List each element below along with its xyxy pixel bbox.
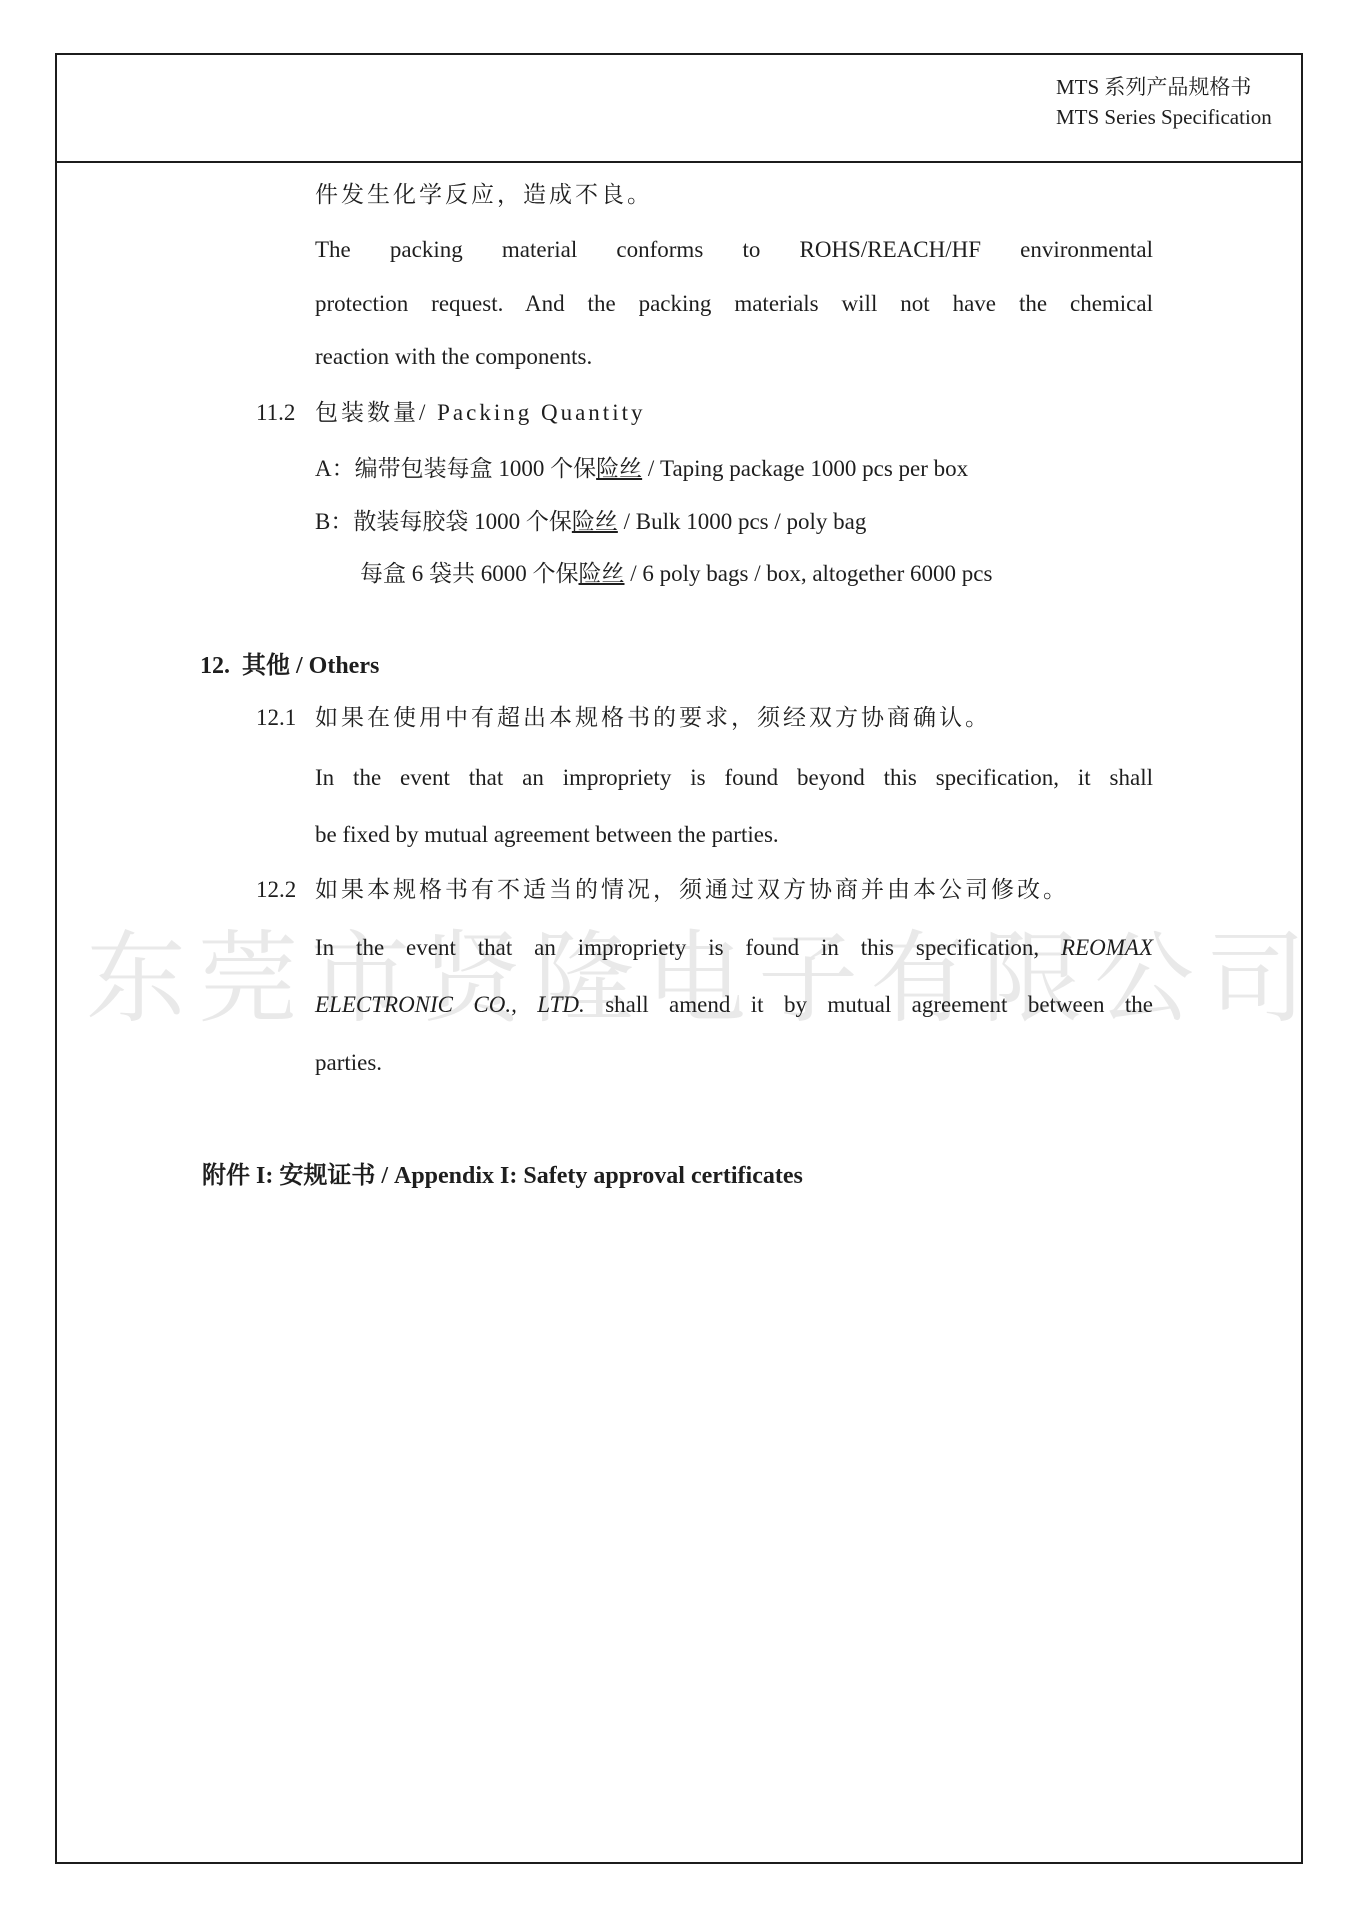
- section-12-1-line: 12.1如果在使用中有超出本规格书的要求，须经双方协商确认。: [256, 703, 991, 733]
- section-12-1-en-line1: In the event that an impropriety is foun…: [315, 763, 1153, 793]
- section-12-2-number: 12.2: [256, 875, 315, 905]
- section-12-2-en-line1-normal: In the event that an impropriety is foun…: [315, 935, 1061, 960]
- packing-item-b-pre: B：散装每胶袋 1000 个保: [315, 509, 572, 534]
- section-12-2-zh: 如果本规格书有不适当的情况，须通过双方协商并由本公司修改。: [315, 877, 1069, 902]
- section-12-title: 其他 / Others: [242, 653, 379, 679]
- section-12-2-en-line2-italic: ELECTRONIC CO., LTD.: [315, 992, 585, 1017]
- document-header: MTS 系列产品规格书 MTS Series Specification: [1056, 72, 1272, 132]
- packing-item-a: A：编带包装每盒 1000 个保险丝 / Taping package 1000…: [315, 454, 968, 484]
- packing-item-a-post: / Taping package 1000 pcs per box: [642, 456, 968, 481]
- header-title-en: MTS Series Specification: [1056, 102, 1272, 132]
- section-12-2-en-line2-normal: shall amend it by mutual agreement betwe…: [585, 992, 1153, 1017]
- header-divider-line: [55, 161, 1303, 163]
- packing-item-b: B：散装每胶袋 1000 个保险丝 / Bulk 1000 pcs / poly…: [315, 507, 866, 537]
- packing-item-b2-underlined: 险丝: [579, 561, 625, 586]
- appendix-heading: 附件 I: 安规证书 / Appendix I: Safety approval…: [202, 1160, 803, 1192]
- para1-en-line1: The packing material conforms to ROHS/RE…: [315, 235, 1153, 265]
- section-11-2-number: 11.2: [256, 398, 315, 428]
- section-12-number: 12.: [200, 650, 242, 682]
- section-12-2-en-line1-italic: REOMAX: [1061, 935, 1153, 960]
- document-page: MTS 系列产品规格书 MTS Series Specification 东莞市…: [0, 0, 1357, 1920]
- section-12-1-en-line2: be fixed by mutual agreement between the…: [315, 820, 779, 850]
- para1-en-line3: reaction with the components.: [315, 342, 592, 372]
- section-12-heading: 12.其他 / Others: [200, 650, 379, 682]
- packing-item-a-underlined: 险丝: [596, 456, 642, 481]
- packing-item-b-post: / Bulk 1000 pcs / poly bag: [618, 509, 867, 534]
- packing-item-b-underlined: 险丝: [572, 509, 618, 534]
- section-11-2-heading: 11.2包装数量/ Packing Quantity: [256, 398, 645, 428]
- section-12-1-number: 12.1: [256, 703, 315, 733]
- para1-zh-line: 件发生化学反应，造成不良。: [315, 180, 653, 210]
- section-12-1-zh: 如果在使用中有超出本规格书的要求，须经双方协商确认。: [315, 705, 991, 730]
- section-11-2-title: 包装数量/ Packing Quantity: [315, 400, 645, 425]
- packing-item-a-pre: A：编带包装每盒 1000 个保: [315, 456, 596, 481]
- section-12-2-en-line1: In the event that an impropriety is foun…: [315, 933, 1153, 963]
- section-12-2-line: 12.2如果本规格书有不适当的情况，须通过双方协商并由本公司修改。: [256, 875, 1069, 905]
- para1-en-line2: protection request. And the packing mate…: [315, 289, 1153, 319]
- packing-item-b2-post: / 6 poly bags / box, altogether 6000 pcs: [625, 561, 993, 586]
- packing-item-b2-pre: 每盒 6 袋共 6000 个保: [360, 561, 579, 586]
- section-12-2-en-line2: ELECTRONIC CO., LTD. shall amend it by m…: [315, 990, 1153, 1020]
- section-12-2-en-line3: parties.: [315, 1048, 382, 1078]
- packing-item-b2: 每盒 6 袋共 6000 个保险丝 / 6 poly bags / box, a…: [360, 559, 992, 589]
- header-title-zh: MTS 系列产品规格书: [1056, 72, 1272, 102]
